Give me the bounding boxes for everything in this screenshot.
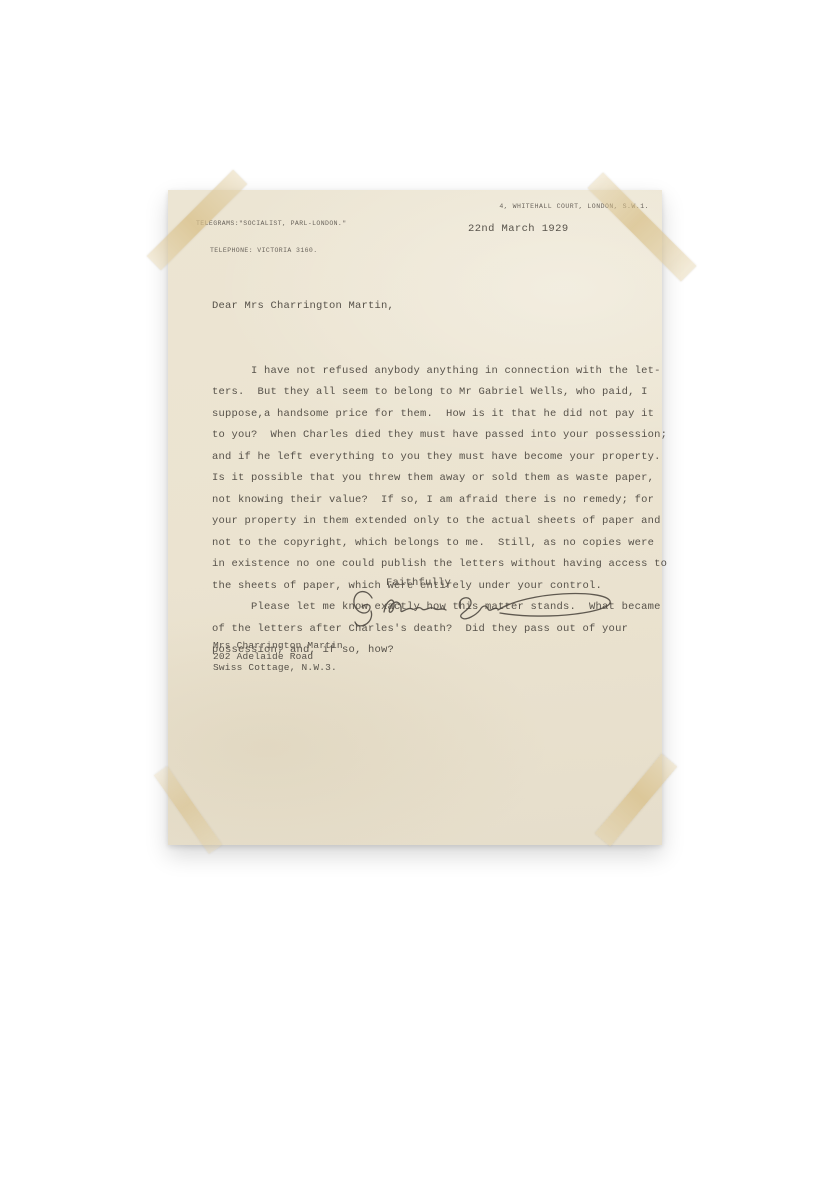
signature-initial-G: [354, 592, 372, 626]
body-lines: I have not refused anybody anything in c…: [212, 361, 656, 383]
body-line: ters. But they all seem to belong to Mr …: [212, 382, 656, 404]
address-line: Mrs Charrington Martin: [213, 640, 343, 651]
body-line: not to the copyright, which belongs to m…: [212, 533, 656, 555]
letter-sheet: TELEGRAMS:"SOCIALIST, PARL-LONDON." TELE…: [168, 190, 662, 845]
letter-date: 22nd March 1929: [468, 223, 569, 235]
body-line: not knowing their value? If so, I am afr…: [212, 490, 656, 512]
tape-bottom-left: [154, 766, 222, 854]
signature-shaw: [459, 598, 498, 619]
salutation-line: Dear Mrs Charrington Martin,: [212, 296, 656, 318]
body-line: suppose,a handsome price for them. How i…: [212, 404, 656, 426]
signature-handwriting: [346, 582, 628, 636]
body-line: in existence no one could publish the le…: [212, 554, 656, 576]
recipient-address: Mrs Charrington Martin202 Adelaide RoadS…: [213, 640, 343, 673]
signature-flourish: [498, 594, 610, 617]
body-line: Is it possible that you threw them away …: [212, 468, 656, 490]
body-line: your property in them extended only to t…: [212, 511, 656, 533]
address-line: Swiss Cottage, N.W.3.: [213, 662, 343, 673]
photo-background: TELEGRAMS:"SOCIALIST, PARL-LONDON." TELE…: [0, 0, 819, 1197]
letter-body: Dear Mrs Charrington Martin, I have not …: [212, 253, 656, 425]
signature-bernard: [384, 600, 446, 612]
body-line: and if he left everything to you they mu…: [212, 447, 656, 469]
letterhead-telegrams-line: TELEGRAMS:"SOCIALIST, PARL-LONDON.": [196, 219, 347, 228]
address-line: 202 Adelaide Road: [213, 651, 343, 662]
tape-bottom-right: [595, 754, 677, 847]
body-line: I have not refused anybody anything in c…: [212, 361, 656, 383]
body-line: to you? When Charles died they must have…: [212, 425, 656, 447]
